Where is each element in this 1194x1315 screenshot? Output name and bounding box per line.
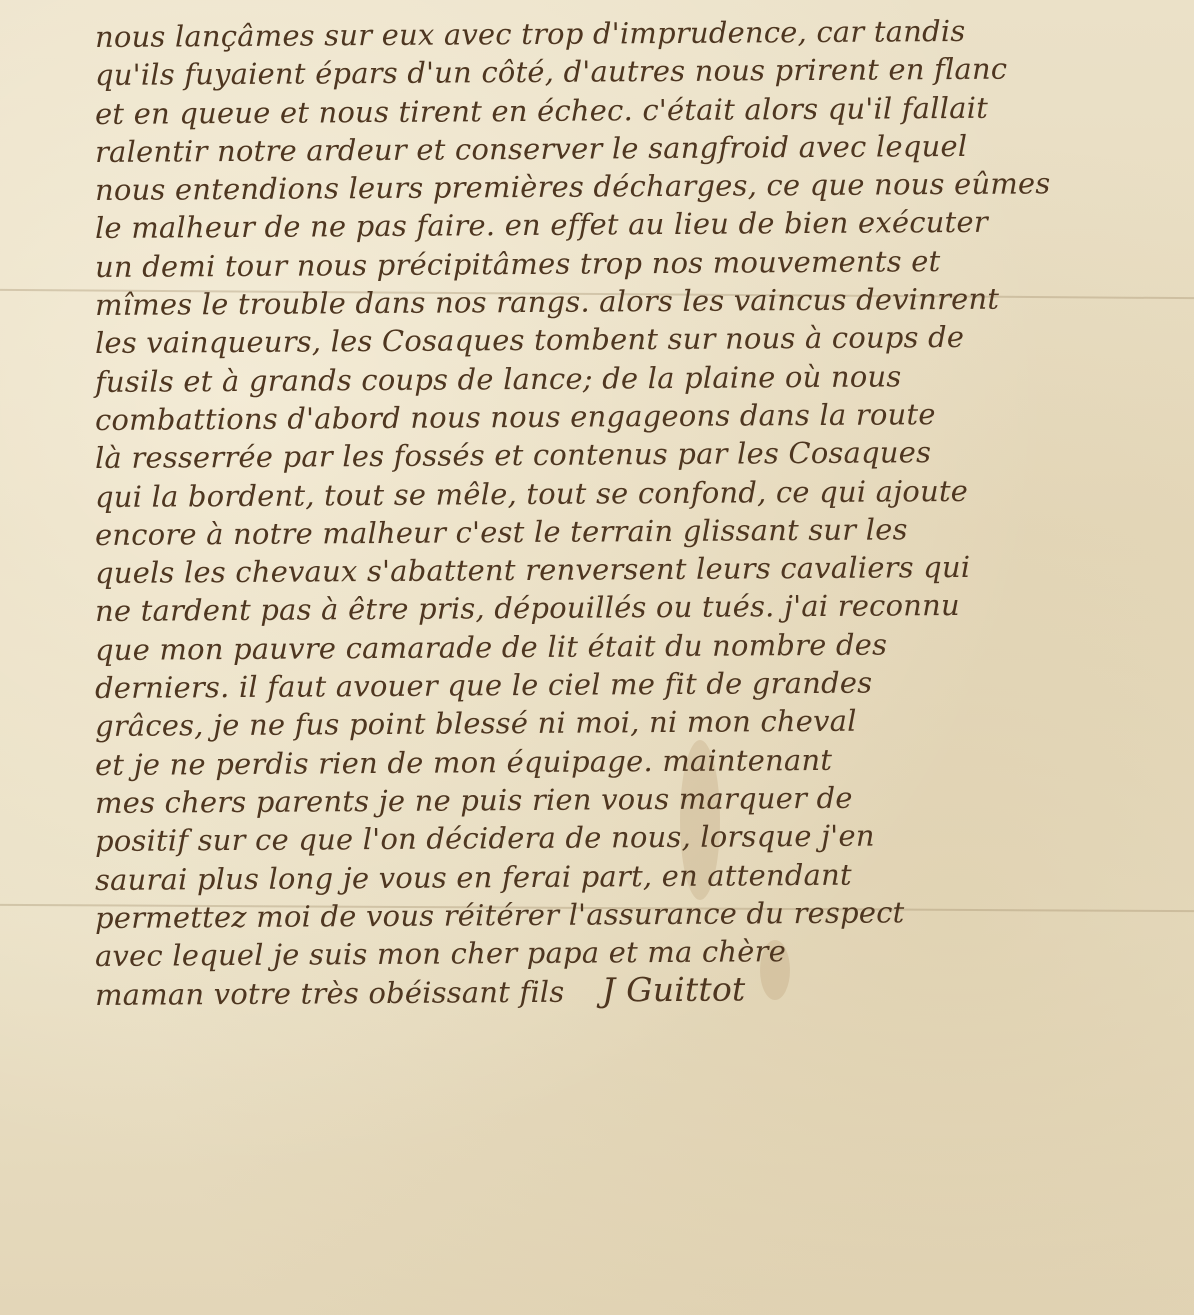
letter-body: nous lançâmes sur eux avec trop d'imprud… xyxy=(95,18,1185,1014)
closing-text: maman votre très obéissant fils xyxy=(95,975,565,1012)
letter-closing-line: maman votre très obéissant fils J Guitto… xyxy=(95,968,1185,1014)
signature: J Guittot xyxy=(602,970,746,1010)
letter-page: nous lançâmes sur eux avec trop d'imprud… xyxy=(0,0,1194,1315)
